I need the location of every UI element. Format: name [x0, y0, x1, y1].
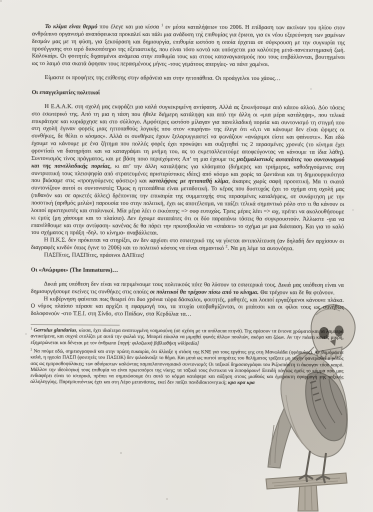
jay-skull-sketch — [250, 295, 364, 512]
section-heading-professional-politicians: Οι επαγγελματίες πολιτικοί — [32, 89, 345, 98]
eaak-paragraph: Η Ε.Α.Α.Κ. στη σχολή μας εκφράζει μια κα… — [31, 103, 345, 238]
skull-eye-socket — [319, 327, 329, 339]
prophets-line: Είμαστε οι προφήτες της επίθεσης στην αδ… — [32, 74, 345, 83]
scanned-page: Το κλίμα είναι θερμό που έλεγε και μια κ… — [0, 0, 373, 512]
skull-head — [311, 305, 355, 353]
section-heading-immatures: Οι «Ανώριμοι» (The Immatures)… — [31, 266, 344, 275]
pks-paragraph: Η Π.Κ.Σ. δεν πρόκειται να στηρίξει, αν δ… — [31, 237, 344, 253]
footnote-divider — [31, 325, 120, 326]
paspites-slogan: ΠΑΣΠίτες, ΠΑΣΠίτες, πράσινοι ΔΑΠίτες! — [31, 252, 344, 261]
intro-paragraph: Το κλίμα είναι θερμό που έλεγε και μια κ… — [32, 23, 345, 69]
scan-noise — [0, 0, 2, 2]
